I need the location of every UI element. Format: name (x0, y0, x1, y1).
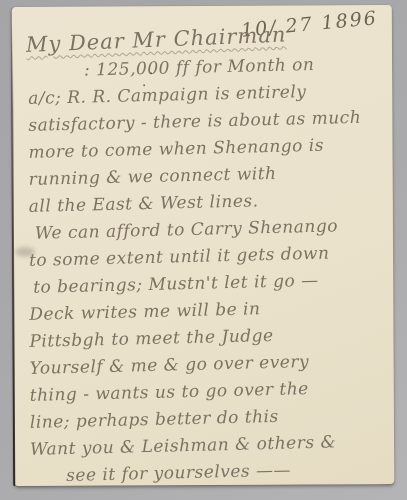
letter-body: : 125,000 ff for Month on a/c; R. R. Cam… (28, 57, 386, 491)
letter-page: 10/ 27 1896 My Dear Mr Chairman : 125,00… (12, 5, 395, 486)
photo-background: 10/ 27 1896 My Dear Mr Chairman : 125,00… (0, 0, 407, 500)
ink-speck (143, 84, 145, 86)
ink-speck (150, 72, 152, 74)
pencil-smudge (15, 247, 35, 257)
letter-salutation: My Dear Mr Chairman (25, 22, 286, 56)
